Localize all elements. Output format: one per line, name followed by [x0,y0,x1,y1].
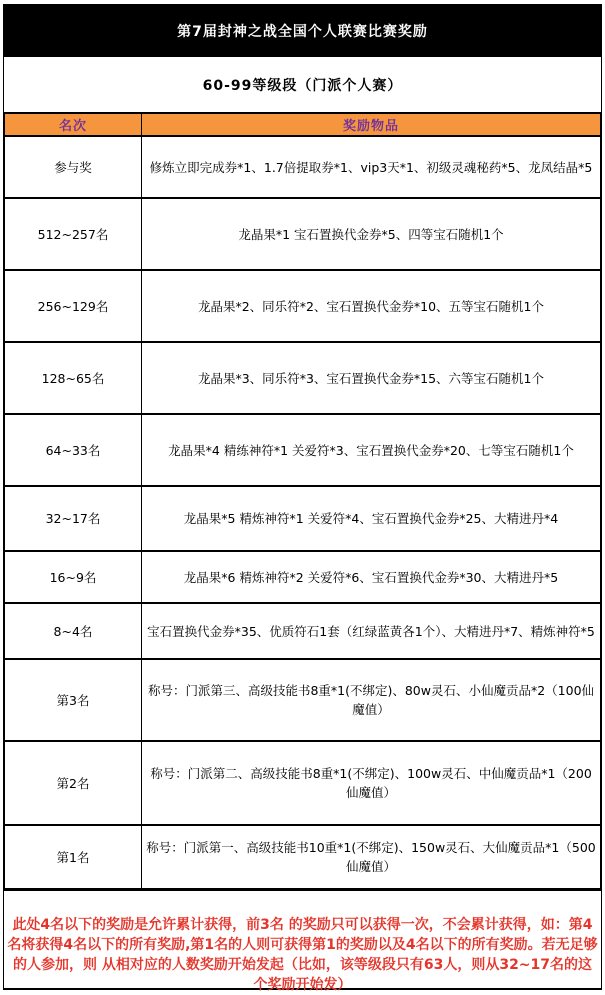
reward-cell: 称号：门派第二、高级技能书8重*1(不绑定)、100w灵石、中仙魔贡品*1（20… [142,741,601,825]
rank-cell: 512~257名 [5,198,142,270]
rewards-table: 名次 奖励物品 参与奖 修炼立即完成券*1、1.7倍提取券*1、vip3天*1、… [4,112,601,891]
table-row: 256~129名 龙晶果*2、同乐符*2、宝石置换代金券*10、五等宝石随机1个 [5,270,601,342]
reward-cell: 龙晶果*2、同乐符*2、宝石置换代金券*10、五等宝石随机1个 [142,270,601,342]
reward-cell: 龙晶果*6 精炼神符*2 关爱符*6、宝石置换代金券*30、大精进丹*5 [142,551,601,603]
reward-cell: 称号：门派第三、高级技能书8重*1(不绑定)、80w灵石、小仙魔贡品*2（100… [142,659,601,741]
rank-cell: 参与奖 [5,136,142,198]
reward-cell: 龙晶果*5 精炼神符*1 关爱符*4、宝石置换代金券*25、大精进丹*4 [142,486,601,551]
rewards-sheet: 第7届封神之战全国个人联赛比赛奖励 60-99等级段（门派个人赛） 名次 奖励物… [3,4,602,990]
table-row: 512~257名 龙晶果*1 宝石置换代金券*5、四等宝石随机1个 [5,198,601,270]
table-row: 128~65名 龙晶果*3、同乐符*3、宝石置换代金券*15、六等宝石随机1个 [5,342,601,414]
table-row: 8~4名 宝石置换代金券*35、优质符石1套（红绿蓝黄各1个）、大精进丹*7、精… [5,603,601,659]
table-row: 参与奖 修炼立即完成券*1、1.7倍提取券*1、vip3天*1、初级灵魂秘药*5… [5,136,601,198]
table-row: 64~33名 龙晶果*4 精练神符*1 关爱符*3、宝石置换代金券*20、七等宝… [5,414,601,486]
page-subtitle: 60-99等级段（门派个人赛） [4,57,601,112]
rank-cell: 第1名 [5,825,142,890]
footnote-text: 此处4名以下的奖励是允许累计获得，前3名 的奖励只可以获得一次，不会累计获得，如… [4,891,601,988]
rank-cell: 64~33名 [5,414,142,486]
table-row: 16~9名 龙晶果*6 精炼神符*2 关爱符*6、宝石置换代金券*30、大精进丹… [5,551,601,603]
reward-cell: 龙晶果*1 宝石置换代金券*5、四等宝石随机1个 [142,198,601,270]
rank-cell: 16~9名 [5,551,142,603]
rank-cell: 第3名 [5,659,142,741]
table-row: 第1名 称号：门派第一、高级技能书10重*1(不绑定)、150w灵石、大仙魔贡品… [5,825,601,890]
rank-cell: 第2名 [5,741,142,825]
reward-cell: 宝石置换代金券*35、优质符石1套（红绿蓝黄各1个）、大精进丹*7、精炼神符*5 [142,603,601,659]
column-header-rank: 名次 [5,113,142,136]
rank-cell: 32~17名 [5,486,142,551]
reward-cell: 修炼立即完成券*1、1.7倍提取券*1、vip3天*1、初级灵魂秘药*5、龙凤结… [142,136,601,198]
rank-cell: 256~129名 [5,270,142,342]
column-header-reward: 奖励物品 [142,113,601,136]
reward-cell: 称号：门派第一、高级技能书10重*1(不绑定)、150w灵石、大仙魔贡品*1（5… [142,825,601,890]
reward-cell: 龙晶果*3、同乐符*3、宝石置换代金券*15、六等宝石随机1个 [142,342,601,414]
reward-cell: 龙晶果*4 精练神符*1 关爱符*3、宝石置换代金券*20、七等宝石随机1个 [142,414,601,486]
page-title: 第7届封神之战全国个人联赛比赛奖励 [4,4,601,57]
table-row: 第2名 称号：门派第二、高级技能书8重*1(不绑定)、100w灵石、中仙魔贡品*… [5,741,601,825]
rank-cell: 8~4名 [5,603,142,659]
table-row: 32~17名 龙晶果*5 精炼神符*1 关爱符*4、宝石置换代金券*25、大精进… [5,486,601,551]
table-row: 第3名 称号：门派第三、高级技能书8重*1(不绑定)、80w灵石、小仙魔贡品*2… [5,659,601,741]
rank-cell: 128~65名 [5,342,142,414]
table-header-row: 名次 奖励物品 [5,113,601,136]
